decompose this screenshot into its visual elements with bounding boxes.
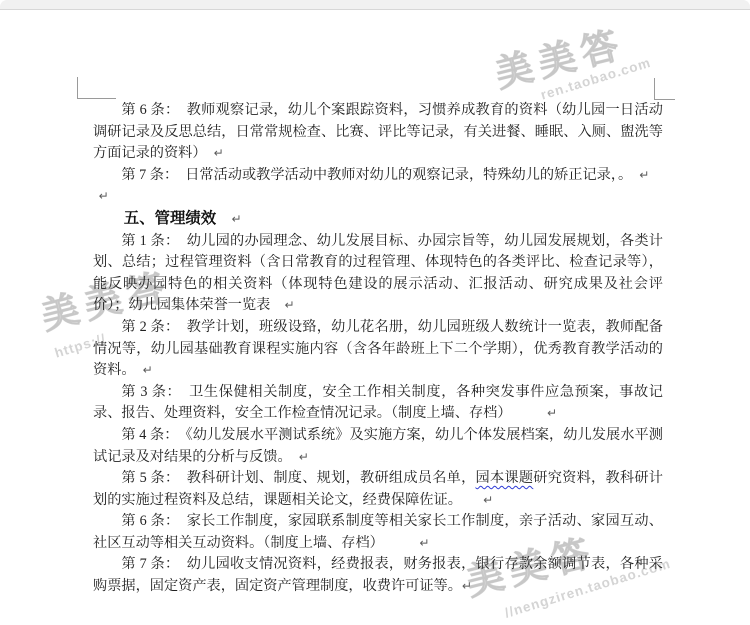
- paragraph-item-4[interactable]: 第 4 条： 《幼儿发展水平测试系统》及实施方案，幼儿个体发展档案，幼儿发展水平…: [93, 425, 663, 468]
- paragraph-text: 第 4 条： 《幼儿发展水平测试系统》及实施方案，幼儿个体发展档案，幼儿发展水平…: [93, 427, 663, 465]
- paragraph-text: 第 5 条： 教科研计划、制度、规划，教研组成员名单，: [121, 470, 475, 486]
- paragraph-mark-icon: ↵: [299, 450, 309, 464]
- paragraph-text: 第 3 条： 卫生保健相关制度，安全工作相关制度，各种突发事件应急预案，事故记录…: [93, 384, 663, 422]
- watermark-brand-top-right: 美美答: [492, 26, 629, 94]
- paragraph-item-6b[interactable]: 第 6 条： 家长工作制度，家园联系制度等相关家长工作制度，亲子活动、家园互动、…: [93, 511, 663, 554]
- paragraph-item-5[interactable]: 第 5 条： 教科研计划、制度、规划，教研组成员名单，园本课题研究资料，教科研计…: [93, 468, 663, 511]
- paragraph-text: 第 6 条： 教师观察记录，幼儿个案跟踪资料，习惯养成教育的资料（幼儿园一日活动…: [93, 102, 663, 161]
- paragraph-item-7[interactable]: 第 7 条： 日常活动或教学活动中教师对幼儿的观察记录，特殊幼儿的矫正记录，。 …: [93, 165, 663, 187]
- paragraph-item-7b[interactable]: 第 7 条： 幼儿园收支情况资料，经费报表，财务报表，银行存款余额调节表，各种采…: [93, 554, 663, 597]
- paragraph-text: 第 1 条： 幼儿园的办园理念、幼儿发展目标、办园宗旨等，幼儿园发展规划，各类计…: [93, 233, 663, 314]
- paragraph-mark-icon: ↵: [285, 298, 295, 312]
- paragraph-mark-icon: ↵: [143, 363, 153, 377]
- paragraph-text: 第 2 条： 教学计划，班级设臵，幼儿花名册，幼儿园班级人数统计一览表，教师配备…: [93, 319, 663, 378]
- grammar-flagged-text: 园本课题: [476, 470, 534, 486]
- heading-text: 五、管理绩效: [124, 210, 232, 227]
- paragraph-mark-icon: ↵: [547, 406, 557, 420]
- text-boundary-mark-left: [77, 77, 116, 99]
- paragraph-item-6[interactable]: 第 6 条： 教师观察记录，幼儿个案跟踪资料，习惯养成教育的资料（幼儿园一日活动…: [93, 100, 663, 165]
- paragraph-text: 第 6 条： 家长工作制度，家园联系制度等相关家长工作制度，亲子活动、家园互动、…: [93, 513, 663, 551]
- document-text-area[interactable]: 第 6 条： 教师观察记录，幼儿个案跟踪资料，习惯养成教育的资料（幼儿园一日活动…: [93, 100, 663, 598]
- paragraph-item-3[interactable]: 第 3 条： 卫生保健相关制度，安全工作相关制度，各种突发事件应急预案，事故记录…: [93, 382, 663, 425]
- section-heading-management-performance[interactable]: 五、管理绩效 ↵: [93, 208, 663, 231]
- empty-paragraph[interactable]: ↵: [93, 186, 663, 208]
- paragraph-mark-icon: ↵: [232, 212, 242, 226]
- paragraph-mark-icon: ↵: [214, 146, 224, 160]
- window-top-edge: [0, 0, 750, 10]
- paragraph-item-2[interactable]: 第 2 条： 教学计划，班级设臵，幼儿花名册，幼儿园班级人数统计一览表，教师配备…: [93, 317, 663, 382]
- paragraph-mark-icon: ↵: [419, 536, 429, 550]
- word-document-page: 美美答 ren.taobao.com 美美答 https:// 美美答 //ne…: [0, 0, 750, 625]
- text-boundary-mark-right: [654, 78, 675, 100]
- paragraph-mark-icon: ↵: [99, 189, 109, 203]
- watermark-url-top-right: ren.taobao.com: [539, 55, 653, 103]
- paragraph-mark-icon: ↵: [639, 168, 649, 182]
- paragraph-mark-icon: ↵: [483, 493, 493, 507]
- paragraph-text: 第 7 条： 幼儿园收支情况资料，经费报表，财务报表，银行存款余额调节表，各种采…: [93, 556, 663, 594]
- paragraph-text: 第 7 条： 日常活动或教学活动中教师对幼儿的观察记录，特殊幼儿的矫正记录，。: [121, 167, 639, 183]
- paragraph-item-1[interactable]: 第 1 条： 幼儿园的办园理念、幼儿发展目标、办园宗旨等，幼儿园发展规划，各类计…: [93, 231, 663, 317]
- paragraph-mark-icon: ↵: [462, 579, 472, 593]
